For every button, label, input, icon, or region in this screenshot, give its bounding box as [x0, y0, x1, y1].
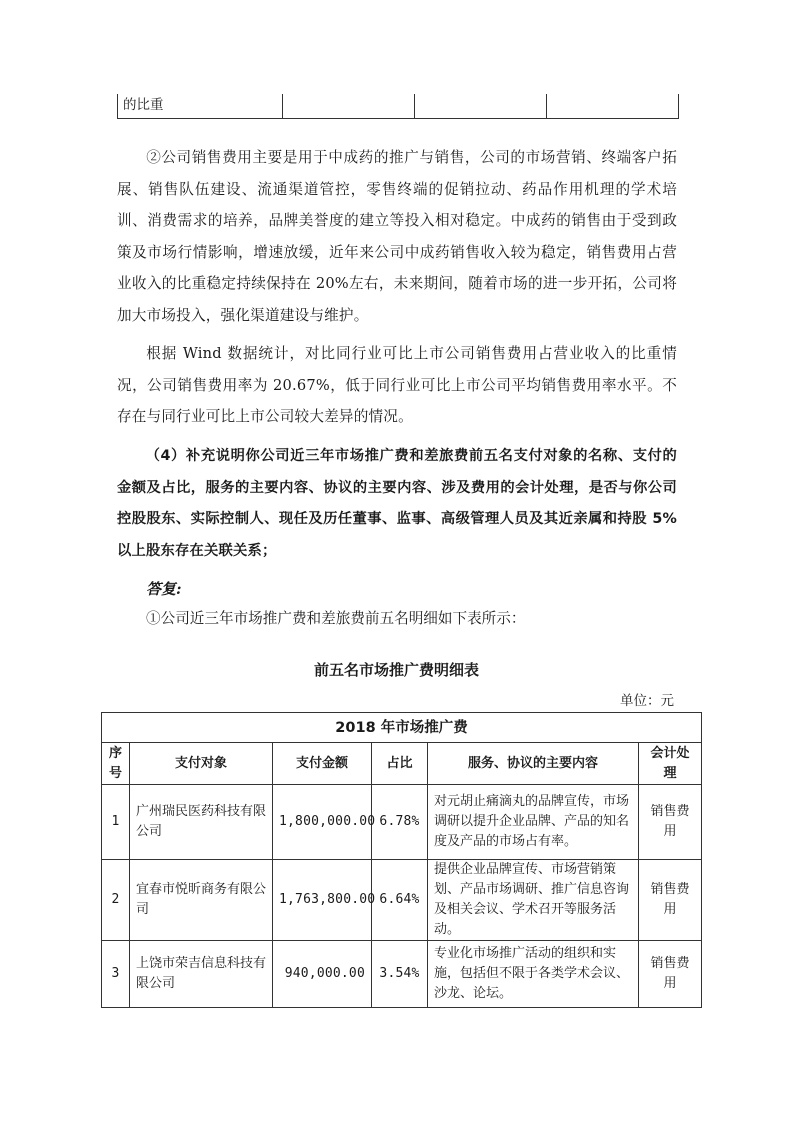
row-no: 3	[102, 941, 130, 1008]
row-amount: 1,763,800.00	[273, 860, 372, 941]
section-title: 2018 年市场推广费	[102, 713, 702, 743]
col-header-no: 序号	[102, 743, 130, 785]
table-cell	[283, 94, 415, 118]
row-accounting: 销售费用	[639, 785, 702, 860]
unit-label: 单位：元	[620, 689, 674, 709]
row-no: 2	[102, 860, 130, 941]
col-header-ratio: 占比	[372, 743, 428, 785]
row-accounting: 销售费用	[639, 941, 702, 1008]
col-header-amount: 支付金额	[273, 743, 372, 785]
row-payee: 广州瑞民医药科技有限公司	[130, 785, 273, 860]
table-cell	[415, 94, 547, 118]
row-content: 专业化市场推广活动的组织和实施，包括但不限于各类学术会议、沙龙、论坛。	[428, 941, 639, 1008]
table-cell	[547, 94, 678, 118]
question-4: （4）补充说明你公司近三年市场推广费和差旅费前五名支付对象的名称、支付的金额及占…	[117, 441, 677, 567]
row-amount: 940,000.00	[273, 941, 372, 1008]
row-no: 1	[102, 785, 130, 860]
paragraph-wind-comparison: 根据 Wind 数据统计，对比同行业可比上市公司销售费用占营业收入的比重情况，公…	[117, 338, 677, 433]
paragraph-sales-expense: ②公司销售费用主要是用于中成药的推广与销售，公司的市场营销、终端客户拓展、销售队…	[117, 142, 677, 331]
row-accounting: 销售费用	[639, 860, 702, 941]
header-row: 序号 支付对象 支付金额 占比 服务、协议的主要内容 会计处理	[102, 743, 702, 785]
table-row: 2 宜春市悦昕商务有限公司 1,763,800.00 6.64% 提供企业品牌宣…	[102, 860, 702, 941]
row-content: 对元胡止痛滴丸的品牌宣传，市场调研以提升企业品牌、产品的知名度及产品的市场占有率…	[428, 785, 639, 860]
reply-intro: ①公司近三年市场推广费和差旅费前五名明细如下表所示：	[146, 603, 525, 634]
col-header-content: 服务、协议的主要内容	[428, 743, 639, 785]
col-header-payee: 支付对象	[130, 743, 273, 785]
table-cell: 的比重	[118, 94, 283, 118]
row-ratio: 3.54%	[372, 941, 428, 1008]
reply-label: 答复:	[146, 578, 182, 599]
col-header-accounting: 会计处理	[639, 743, 702, 785]
row-amount: 1,800,000.00	[273, 785, 372, 860]
table-row: 3 上饶市荣吉信息科技有限公司 940,000.00 3.54% 专业化市场推广…	[102, 941, 702, 1008]
row-payee: 宜春市悦昕商务有限公司	[130, 860, 273, 941]
previous-table-fragment: 的比重	[117, 94, 679, 119]
row-ratio: 6.78%	[372, 785, 428, 860]
row-payee: 上饶市荣吉信息科技有限公司	[130, 941, 273, 1008]
table-row: 1 广州瑞民医药科技有限公司 1,800,000.00 6.78% 对元胡止痛滴…	[102, 785, 702, 860]
table-title: 前五名市场推广费明细表	[0, 659, 793, 680]
marketing-expense-table: 2018 年市场推广费 序号 支付对象 支付金额 占比 服务、协议的主要内容 会…	[101, 712, 702, 1008]
document-page: 的比重 ②公司销售费用主要是用于中成药的推广与销售，公司的市场营销、终端客户拓展…	[0, 0, 793, 1122]
row-ratio: 6.64%	[372, 860, 428, 941]
row-content: 提供企业品牌宣传、市场营销策划、产品市场调研、推广信息咨询及相关会议、学术召开等…	[428, 860, 639, 941]
